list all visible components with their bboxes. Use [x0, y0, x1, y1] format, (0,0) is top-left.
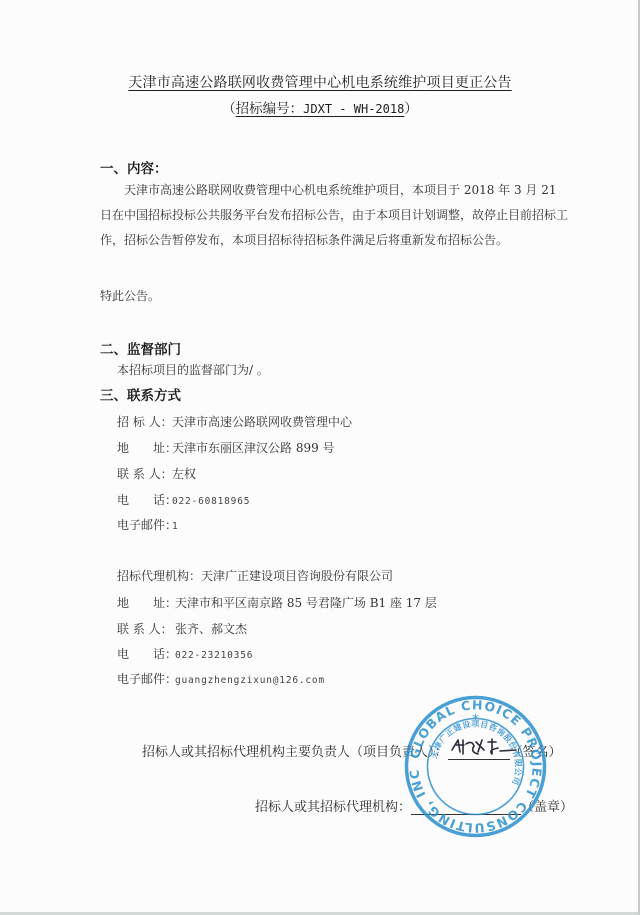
field-label: 招 标 人： [117, 413, 172, 430]
supervision-text: 本招标项目的监督部门为/ 。 [117, 361, 269, 378]
tender-number-label: 招标编号：JDXT - WH-2018 [236, 101, 405, 117]
field-label: 电子邮件： [117, 516, 172, 533]
section-heading-content: 一、内容： [100, 157, 168, 177]
field-label: 联 系 人： [117, 465, 172, 482]
section-heading-contact: 三、联系方式 [100, 384, 181, 404]
tenderer-email-row: 电子邮件：1 [117, 516, 179, 533]
field-value: 天津市高速公路联网收费管理中心 [172, 415, 352, 429]
handwritten-signature-icon [448, 736, 518, 758]
company-seal-icon: GLOBAL CHOICE PROJECT CONSULTING, INC. 天… [403, 694, 548, 839]
tender-number-code: JDXT - WH-2018 [303, 102, 404, 116]
agent-address-row: 地 址：天津市和平区南京路 85 号君隆广场 B1 座 17 层 [117, 594, 437, 611]
seal-line: 招标人或其招标代理机构：（盖章） [255, 796, 573, 815]
field-value: 左权 [172, 467, 196, 481]
field-label: 地 址： [117, 439, 172, 456]
seal-blank [411, 800, 521, 815]
field-label: 电 话： [117, 645, 175, 662]
field-label: 电子邮件： [117, 670, 175, 687]
agent-phone-row: 电 话：022-23210356 [117, 645, 253, 662]
field-value: 022-23210356 [175, 650, 253, 661]
field-value: 天津市东丽区津汉公路 899 号 [172, 441, 335, 455]
field-label: 联 系 人： [117, 620, 175, 637]
field-value: 1 [172, 521, 179, 532]
field-value: 天津市和平区南京路 85 号君隆广场 B1 座 17 层 [175, 596, 437, 610]
svg-text:*: * [472, 712, 479, 728]
tenderer-name-row: 招 标 人：天津市高速公路联网收费管理中心 [117, 413, 352, 430]
content-paragraph: 天津市高速公路联网收费管理中心机电系统维护项目，本项目于 2018 年 3 月 … [100, 178, 570, 253]
field-value: 天津广正建设项目咨询股份有限公司 [201, 569, 393, 583]
field-label: 电 话： [117, 491, 172, 508]
tender-number: （招标编号：JDXT - WH-2018） [0, 97, 640, 117]
agent-email-row: 电子邮件：guangzhengzixun@126.com [117, 670, 325, 687]
tenderer-phone-row: 电 话：022-60818965 [117, 491, 250, 508]
agent-org-row: 招标代理机构：天津广正建设项目咨询股份有限公司 [117, 567, 393, 584]
agent-contact-person-row: 联 系 人：张齐、郝文杰 [117, 620, 247, 637]
tenderer-address-row: 地 址：天津市东丽区津汉公路 899 号 [117, 439, 335, 456]
field-label: 招标代理机构： [117, 569, 201, 583]
tenderer-contact-person-row: 联 系 人：左权 [117, 465, 196, 482]
field-value: 022-60818965 [172, 496, 250, 507]
field-value: 张齐、郝文杰 [175, 622, 247, 636]
section-heading-supervision: 二、监督部门 [100, 338, 181, 358]
document-title: 天津市高速公路联网收费管理中心机电系统维护项目更正公告 [0, 72, 640, 92]
closing-text: 特此公告。 [100, 287, 160, 304]
field-label: 地 址： [117, 594, 175, 611]
document-page: 天津市高速公路联网收费管理中心机电系统维护项目更正公告 （招标编号：JDXT -… [0, 0, 640, 915]
field-value: guangzhengzixun@126.com [175, 675, 325, 686]
